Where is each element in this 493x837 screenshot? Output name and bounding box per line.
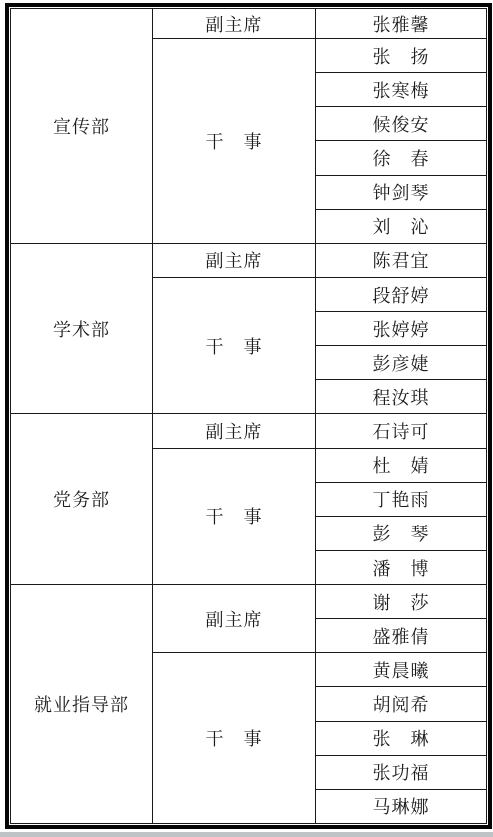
position-cell: 副主席 <box>153 9 316 39</box>
name-cell: 张 琳 <box>316 721 487 755</box>
table-row: 党务部 副主席 石诗可 <box>11 414 487 448</box>
name-cell: 张功福 <box>316 755 487 789</box>
name-cell: 陈君宜 <box>316 243 487 277</box>
table-row: 宣传部 副主席 张雅馨 <box>11 9 487 39</box>
position-cell: 干 事 <box>153 448 316 585</box>
table-row: 学术部 副主席 陈君宜 <box>11 243 487 277</box>
name-cell: 张雅馨 <box>316 9 487 39</box>
name-cell: 石诗可 <box>316 414 487 448</box>
table-outer-frame: 宣传部 副主席 张雅馨 干 事 张 扬 张寒梅 候俊安 徐 春 钟剑琴 刘 沁 <box>5 3 492 829</box>
name-cell: 张寒梅 <box>316 73 487 107</box>
table-row: 就业指导部 副主席 谢 莎 <box>11 585 487 619</box>
name-cell: 谢 莎 <box>316 585 487 619</box>
name-cell: 潘 博 <box>316 550 487 584</box>
position-cell: 干 事 <box>153 277 316 414</box>
position-cell: 副主席 <box>153 414 316 448</box>
position-cell: 副主席 <box>153 585 316 653</box>
name-cell: 杜 婧 <box>316 448 487 482</box>
name-cell: 刘 沁 <box>316 209 487 243</box>
name-cell: 程汝琪 <box>316 380 487 414</box>
position-cell: 干 事 <box>153 653 316 824</box>
name-cell: 彭 琴 <box>316 516 487 550</box>
department-cell: 党务部 <box>11 414 153 585</box>
name-cell: 黄晨曦 <box>316 653 487 687</box>
name-cell: 彭彦婕 <box>316 346 487 380</box>
name-cell: 张婷婷 <box>316 312 487 346</box>
name-cell: 张 扬 <box>316 39 487 73</box>
name-cell: 候俊安 <box>316 107 487 141</box>
org-structure-table: 宣传部 副主席 张雅馨 干 事 张 扬 张寒梅 候俊安 徐 春 钟剑琴 刘 沁 <box>10 8 487 824</box>
department-cell: 宣传部 <box>11 9 153 244</box>
name-cell: 丁艳雨 <box>316 482 487 516</box>
name-cell: 徐 春 <box>316 141 487 175</box>
name-cell: 胡阅希 <box>316 687 487 721</box>
department-cell: 就业指导部 <box>11 585 153 824</box>
name-cell: 盛雅倩 <box>316 619 487 653</box>
name-cell: 钟剑琴 <box>316 175 487 209</box>
position-cell: 副主席 <box>153 243 316 277</box>
department-cell: 学术部 <box>11 243 153 414</box>
name-cell: 段舒婷 <box>316 277 487 311</box>
position-cell: 干 事 <box>153 39 316 244</box>
page-edge-strip <box>0 832 493 837</box>
name-cell: 马琳娜 <box>316 789 487 823</box>
